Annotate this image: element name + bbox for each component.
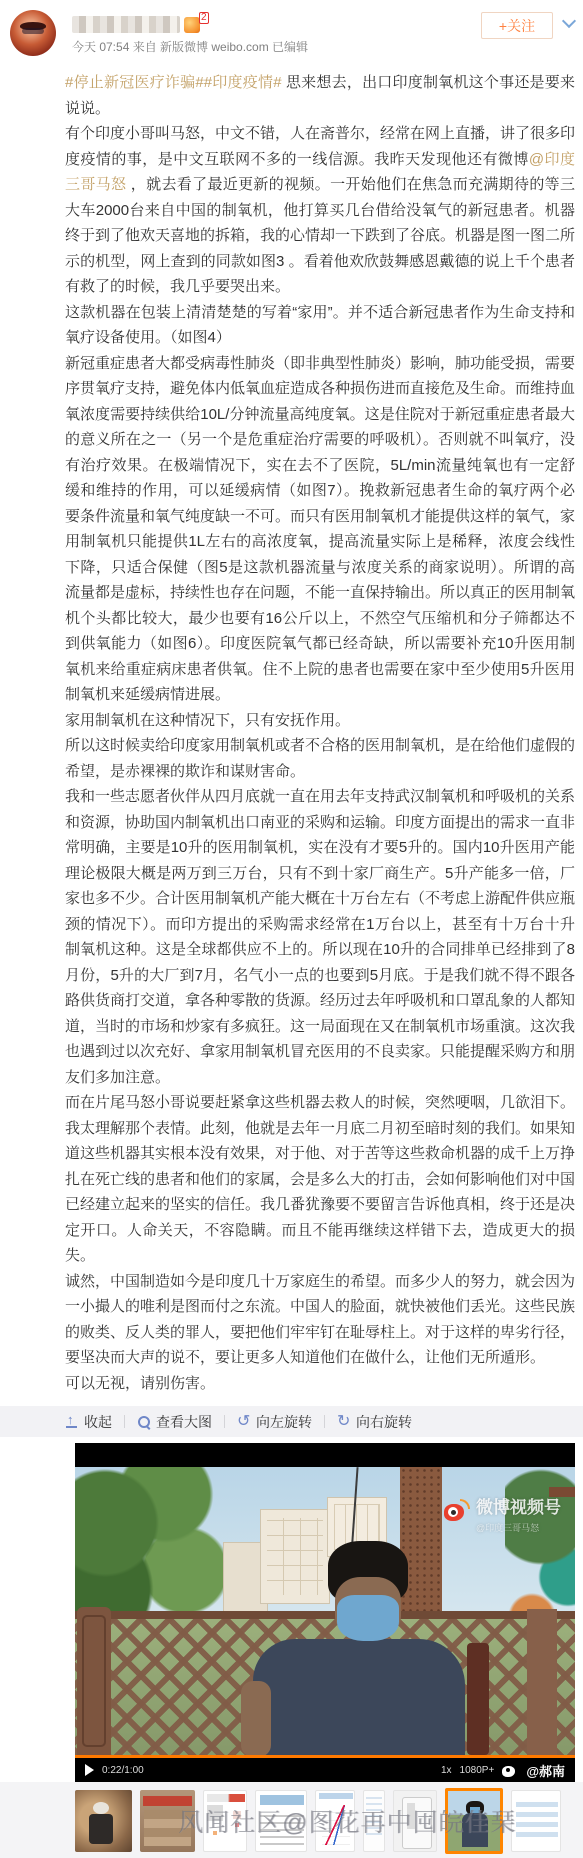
video-controls: 0:22/1:00 1x 1080P+ @郝南: [75, 1758, 575, 1782]
man-arm: [241, 1681, 271, 1755]
post-body: #停止新冠医疗诈骗##印度疫情# 思来想去，出口印度制氧机这个事还是要来说说。有…: [65, 70, 575, 1396]
thumbnail-5-flow-chart[interactable]: [315, 1790, 355, 1852]
username-badge: 2: [199, 12, 209, 24]
post-text: 家用制氧机在这种情况下，只有安抚作用。: [65, 712, 350, 729]
thumbnail-8-video-selected[interactable]: [445, 1788, 503, 1854]
rotate-left-icon: [237, 1415, 251, 1429]
post-text: 所以这时候卖给印度家用制氧机或者不合格的医用制氧机，是在给他们虚假的希望，是赤裸…: [65, 737, 575, 780]
post-paragraph: 可以无视，请别伤害。: [65, 1371, 575, 1397]
fence-post: [527, 1609, 557, 1755]
weibo-post-page: 2 今天 07:54 来自 新版微博 weibo.com 已编辑 +关注 #停止…: [0, 0, 583, 1858]
magnifier-icon: [137, 1415, 151, 1429]
thumbnail-3-product-page[interactable]: [203, 1790, 247, 1852]
post-paragraph: 我和一些志愿者伙伴从四月底就一直在用去年支持武汉制氧机和呼吸机的关系和资源，协助…: [65, 784, 575, 1090]
divider: [224, 1415, 225, 1428]
rotate-left-button[interactable]: 向左旋转: [237, 1412, 312, 1432]
thumbnail-2-boxes-photo[interactable]: [140, 1790, 195, 1852]
post-text: 可以无视，请别伤害。: [65, 1375, 215, 1392]
post-text: 诚然，中国制造如今是印度几十万家庭生的希望。而多少人的努力，就会因为一小撮人的唯…: [65, 1273, 575, 1367]
post-paragraph: 而在片尾马怒小哥说要赶紧拿这些机器去救人的时候，突然哽咽，几欲泪下。我太理解那个…: [65, 1090, 575, 1269]
post-text: ，就去看了最近更新的视频。一开始他们在焦急而充满期待的等三大车2000台来自中国…: [65, 176, 575, 295]
rotate-right-button[interactable]: 向右旋转: [337, 1412, 412, 1432]
follow-button[interactable]: +关注: [481, 12, 553, 39]
video-time: 0:22/1:00: [102, 1765, 144, 1776]
username-emoji-icon: [184, 17, 200, 33]
playback-speed-button[interactable]: 1x: [441, 1765, 452, 1776]
quality-button[interactable]: 1080P+: [460, 1765, 495, 1776]
divider: [324, 1415, 325, 1428]
divider: [124, 1415, 125, 1428]
hashtag-link[interactable]: #停止新冠医疗诈骗##印度疫情#: [65, 74, 282, 91]
post-timestamp: 今天 07:54 来自 新版微博 weibo.com 已编辑: [72, 38, 573, 55]
watermark-title: 微博视频号: [476, 1498, 561, 1517]
thumbnail-6-page[interactable]: [363, 1790, 385, 1852]
play-button[interactable]: [85, 1764, 94, 1776]
post-paragraph: 有个印度小哥叫马怒，中文不错，人在斋普尔，经常在网上直播，讲了很多印度疫情的事，…: [65, 121, 575, 300]
man-torso: [253, 1639, 465, 1755]
building: [260, 1509, 330, 1604]
post-text: 有个印度小哥叫马怒，中文不错，人在斋普尔，经常在网上直播，讲了很多印度疫情的事，…: [65, 125, 575, 168]
post-text: 我和一些志愿者伙伴从四月底就一直在用去年支持武汉制氧机和呼吸机的关系和资源，协助…: [65, 788, 575, 1086]
thumbnail-strip: 风闻社区@图花再中囤皖佳琹: [0, 1782, 583, 1858]
image-toolbar: 收起 查看大图 向左旋转 向右旋转: [0, 1406, 583, 1437]
collapse-label: 收起: [84, 1412, 112, 1432]
post-paragraph: 家用制氧机在这种情况下，只有安抚作用。: [65, 708, 575, 734]
thumbnail-1-unboxing-photo[interactable]: [75, 1790, 132, 1852]
fence-post: [77, 1607, 111, 1755]
thumbnail-9-table[interactable]: [511, 1790, 561, 1852]
post-text: 新冠重症患者大都受病毒性肺炎（即非典型性肺炎）影响，肺功能受损，需要序贯氧疗支持…: [65, 355, 575, 704]
post-paragraph: #停止新冠医疗诈骗##印度疫情# 思来想去，出口印度制氧机这个事还是要来说说。: [65, 70, 575, 121]
collapse-button[interactable]: 收起: [65, 1412, 112, 1432]
post-text: 这款机器在包装上清清楚楚的写着“家用”。并不适合新冠患者作为生命支持和氧疗设备使…: [65, 304, 575, 347]
rotate-right-label: 向右旋转: [356, 1412, 412, 1432]
pillar: [400, 1467, 442, 1627]
collapse-icon: [65, 1415, 79, 1429]
face-mask: [337, 1595, 399, 1641]
chevron-down-icon[interactable]: [563, 14, 575, 26]
username-redacted[interactable]: [72, 16, 180, 33]
post-paragraph: 新冠重症患者大都受病毒性肺炎（即非典型性肺炎）影响，肺功能受损，需要序贯氧疗支持…: [65, 351, 575, 708]
thumbnail-4-document[interactable]: [255, 1790, 307, 1852]
video-author: @郝南: [526, 1761, 565, 1780]
post-header: 2 今天 07:54 来自 新版微博 weibo.com 已编辑 +关注: [0, 0, 583, 64]
post-paragraph: 这款机器在包装上清清楚楚的写着“家用”。并不适合新冠患者作为生命支持和氧疗设备使…: [65, 300, 575, 351]
video-watermark: 微博视频号 @印度三哥马怒: [444, 1499, 561, 1537]
view-large-button[interactable]: 查看大图: [137, 1412, 212, 1432]
avatar[interactable]: [10, 10, 56, 56]
thumbnail-7-oxygen-machine[interactable]: [393, 1790, 437, 1852]
chair: [467, 1643, 489, 1755]
weibo-logo-small-icon: [502, 1764, 518, 1777]
post-paragraph: 诚然，中国制造如今是印度几十万家庭生的希望。而多少人的努力，就会因为一小撮人的唯…: [65, 1269, 575, 1371]
rotate-right-icon: [337, 1415, 351, 1429]
weibo-logo-icon: [444, 1499, 470, 1521]
post-paragraph: 所以这时候卖给印度家用制氧机或者不合格的医用制氧机，是在给他们虚假的希望，是赤裸…: [65, 733, 575, 784]
video-player[interactable]: 微博视频号 @印度三哥马怒 0:22/1:00 1x 1080P+ @郝南: [75, 1443, 575, 1782]
watermark-subtitle: @印度三哥马怒: [476, 1523, 539, 1533]
roof-edge: [549, 1487, 575, 1497]
video-frame: 微博视频号 @印度三哥马怒: [75, 1467, 575, 1755]
view-large-label: 查看大图: [156, 1412, 212, 1432]
rotate-left-label: 向左旋转: [256, 1412, 312, 1432]
post-text: 而在片尾马怒小哥说要赶紧拿这些机器去救人的时候，突然哽咽，几欲泪下。我太理解那个…: [65, 1094, 575, 1264]
